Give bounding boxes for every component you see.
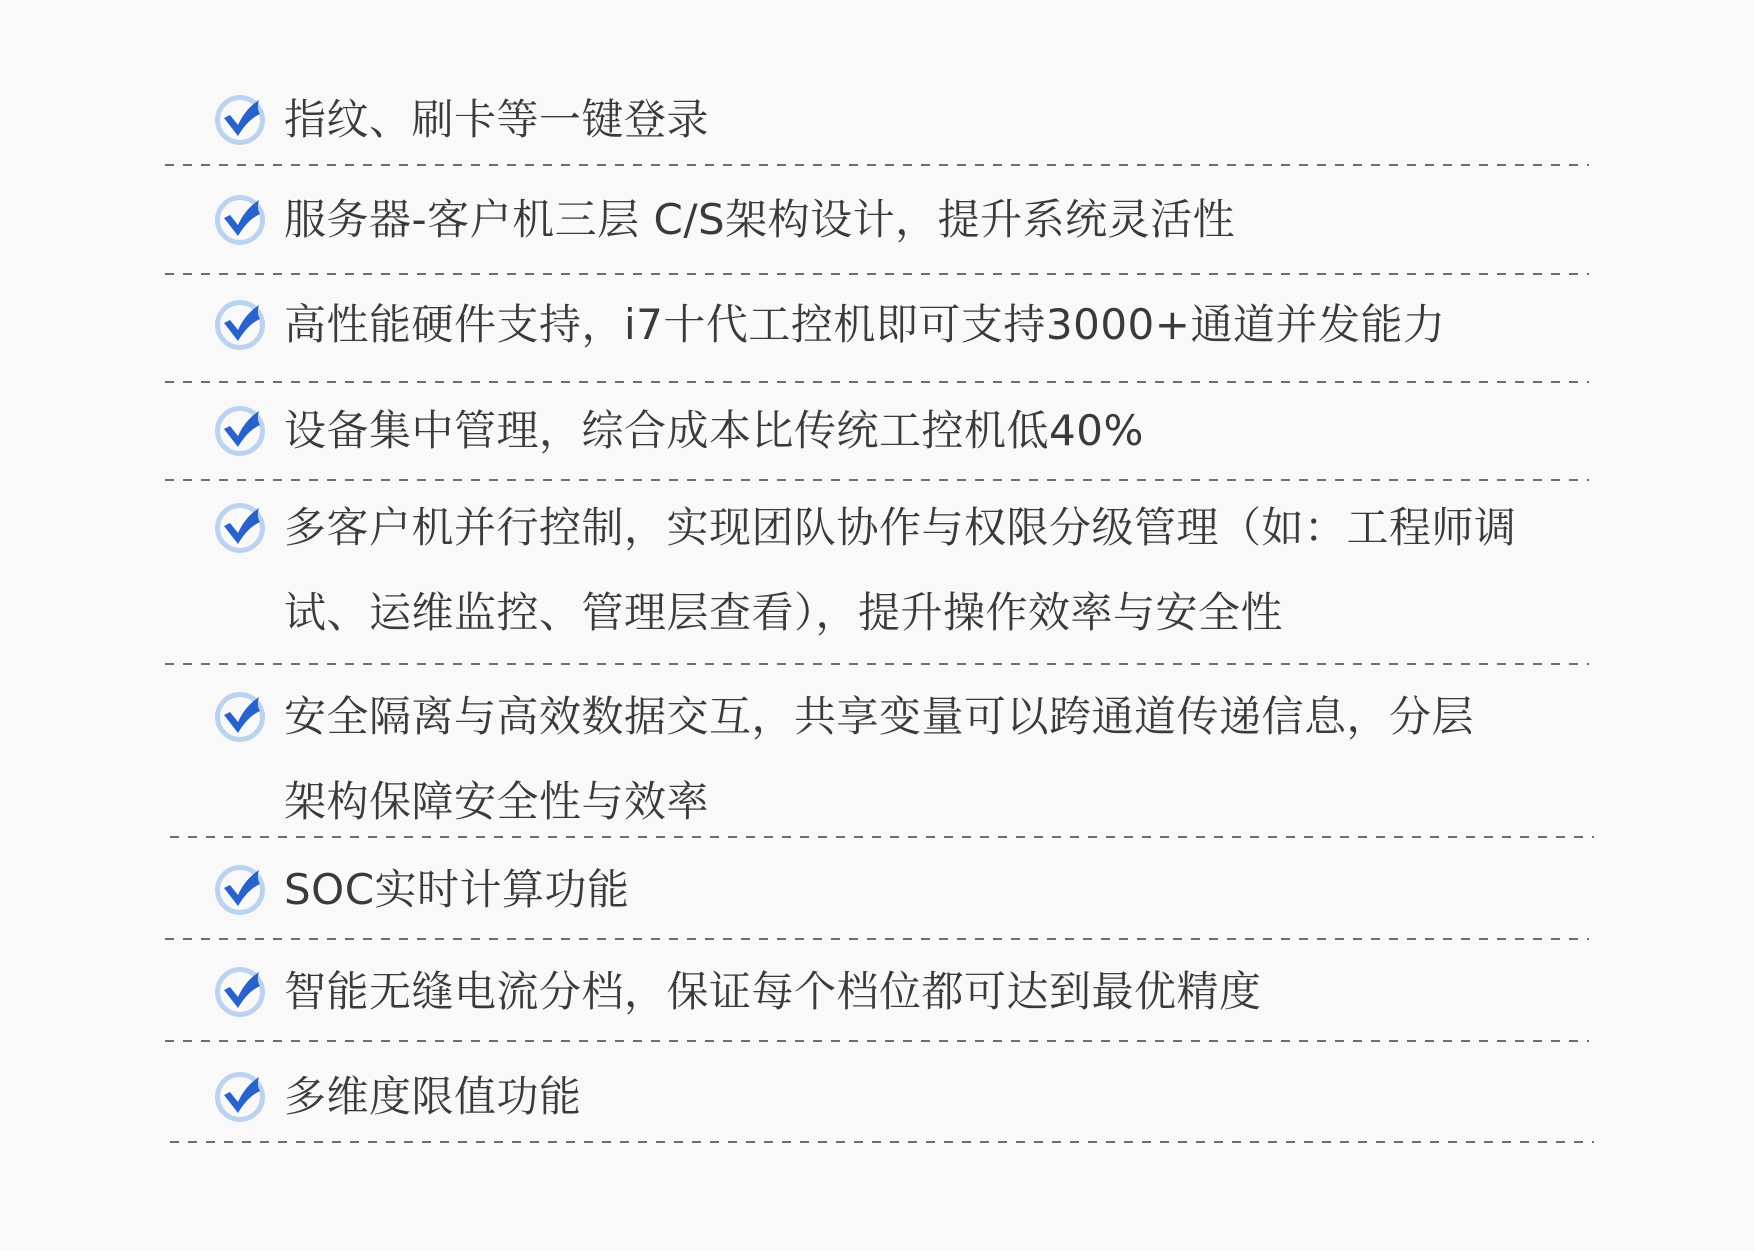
feature-text: 多维度限值功能 xyxy=(284,1072,582,1122)
feature-text-line-2: 试、运维监控、管理层查看），提升操作效率与安全性 xyxy=(284,588,1283,638)
divider xyxy=(170,1141,1594,1143)
check-circle-icon xyxy=(214,405,266,457)
divider xyxy=(165,938,1589,940)
check-circle-icon xyxy=(214,966,266,1018)
check-circle-icon xyxy=(214,194,266,246)
feature-text-line-1: 安全隔离与高效数据交互，共享变量可以跨通道传递信息，分层 xyxy=(284,692,1474,742)
feature-text: 服务器-客户机三层 C/S架构设计，提升系统灵活性 xyxy=(284,195,1235,245)
divider xyxy=(165,1040,1589,1042)
feature-text: 指纹、刷卡等一键登录 xyxy=(284,95,709,145)
check-circle-icon xyxy=(214,299,266,351)
check-circle-icon xyxy=(214,1071,266,1123)
divider xyxy=(170,836,1594,838)
feature-text-line-2: 架构保障安全性与效率 xyxy=(284,777,709,827)
divider xyxy=(165,663,1589,665)
divider xyxy=(165,381,1589,383)
feature-text: 智能无缝电流分档，保证每个档位都可达到最优精度 xyxy=(284,967,1262,1017)
divider xyxy=(165,164,1589,166)
check-circle-icon xyxy=(214,502,266,554)
feature-text: 高性能硬件支持，i7十代工控机即可支持3000+通道并发能力 xyxy=(284,300,1445,350)
feature-text-line-1: 多客户机并行控制，实现团队协作与权限分级管理（如：工程师调 xyxy=(284,503,1517,553)
feature-text: SOC实时计算功能 xyxy=(284,865,630,915)
feature-list: 指纹、刷卡等一键登录 服务器-客户机三层 C/S架构设计，提升系统灵活性 高性能… xyxy=(0,0,1754,1251)
check-circle-icon xyxy=(214,94,266,146)
divider xyxy=(165,479,1589,481)
divider xyxy=(165,273,1589,275)
feature-text: 设备集中管理，综合成本比传统工控机低40% xyxy=(284,406,1144,456)
check-circle-icon xyxy=(214,864,266,916)
check-circle-icon xyxy=(214,691,266,743)
